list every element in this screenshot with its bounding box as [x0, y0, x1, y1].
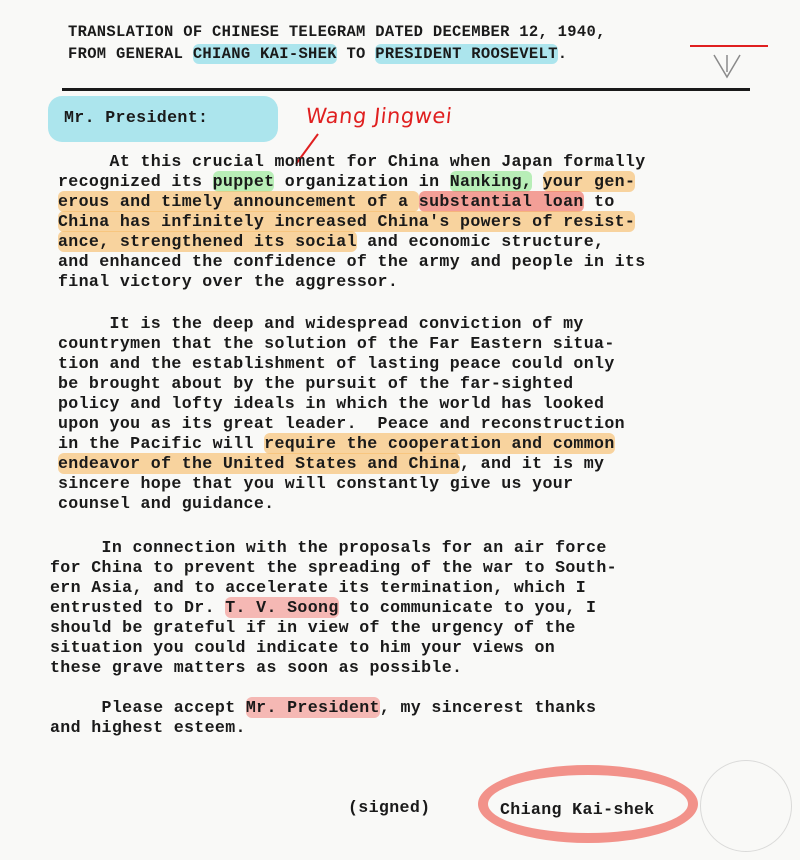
p3-line-2: for China to prevent the spreading of th…: [50, 558, 617, 578]
p2-line-8: endeavor of the United States and China,…: [58, 454, 604, 474]
highlight-tv-soong: T. V. Soong: [225, 597, 338, 618]
highlight-puppet: puppet: [213, 171, 275, 192]
p2-line-10: counsel and guidance.: [58, 494, 274, 514]
handwritten-note: Wang Jingwei: [305, 104, 454, 128]
header-rule: [62, 88, 750, 91]
p1-line-5: ance, strengthened its social and econom…: [58, 232, 604, 252]
p3-line-5: should be grateful if in view of the urg…: [50, 618, 576, 638]
signed-label: (signed): [348, 798, 430, 818]
p1-line-1: At this crucial moment for China when Ja…: [58, 152, 646, 172]
p2-line-7: in the Pacific will require the cooperat…: [58, 434, 615, 454]
p1-line-3: erous and timely announcement of a subst…: [58, 192, 615, 212]
highlight-substantial-loan: substantial loan: [419, 191, 584, 212]
p2-line-4: be brought about by the pursuit of the f…: [58, 374, 573, 394]
highlight-announcement: erous and timely announcement of a: [58, 191, 419, 212]
p2-line-5: policy and lofty ideals in which the wor…: [58, 394, 604, 414]
checkmark-icon: [712, 50, 742, 80]
highlight-president-roosevelt: PRESIDENT ROOSEVELT: [375, 44, 557, 64]
p2-line-6: upon you as its great leader. Peace and …: [58, 414, 625, 434]
header-line-2: FROM GENERAL CHIANG KAI-SHEK TO PRESIDEN…: [68, 44, 567, 64]
closing-line-2: and highest esteem.: [50, 718, 246, 738]
p1-line-7: final victory over the aggressor.: [58, 272, 398, 292]
highlight-strengthened: ance, strengthened its social: [58, 231, 357, 252]
faded-stamp: [700, 760, 792, 852]
p1-line-2: recognized its puppet organization in Na…: [58, 172, 635, 192]
signature-name: Chiang Kai-shek: [500, 800, 655, 820]
p3-line-7: these grave matters as soon as possible.: [50, 658, 462, 678]
header-line-1: TRANSLATION OF CHINESE TELEGRAM DATED DE…: [68, 22, 606, 42]
salutation: Mr. President:: [64, 108, 208, 128]
header-period: .: [558, 45, 568, 63]
p3-line-1: In connection with the proposals for an …: [50, 538, 607, 558]
p3-line-4: entrusted to Dr. T. V. Soong to communic…: [50, 598, 596, 618]
red-underline-1940: [690, 45, 768, 47]
p1-line-4: China has infinitely increased China's p…: [58, 212, 635, 232]
p1-line-6: and enhanced the confidence of the army …: [58, 252, 646, 272]
p2-line-9: sincere hope that you will constantly gi…: [58, 474, 573, 494]
highlight-united-states-china: endeavor of the United States and China: [58, 453, 460, 474]
highlight-your-generous: your gen-: [543, 171, 636, 192]
p3-line-6: situation you could indicate to him your…: [50, 638, 555, 658]
header-from: FROM GENERAL: [68, 45, 193, 63]
p2-line-2: countrymen that the solution of the Far …: [58, 334, 615, 354]
highlight-chiang-kai-shek: CHIANG KAI-SHEK: [193, 44, 337, 64]
p3-line-3: ern Asia, and to accelerate its terminat…: [50, 578, 586, 598]
highlight-mr-president: Mr. President: [246, 697, 380, 718]
document-page: TRANSLATION OF CHINESE TELEGRAM DATED DE…: [0, 0, 800, 860]
p2-line-3: tion and the establishment of lasting pe…: [58, 354, 615, 374]
p2-line-1: It is the deep and widespread conviction…: [58, 314, 584, 334]
highlight-nanking: Nanking,: [450, 171, 532, 192]
highlight-china-increased: China has infinitely increased China's p…: [58, 211, 635, 232]
closing-line-1: Please accept Mr. President, my sinceres…: [50, 698, 596, 718]
header-to: TO: [337, 45, 375, 63]
highlight-cooperation: require the cooperation and common: [264, 433, 614, 454]
